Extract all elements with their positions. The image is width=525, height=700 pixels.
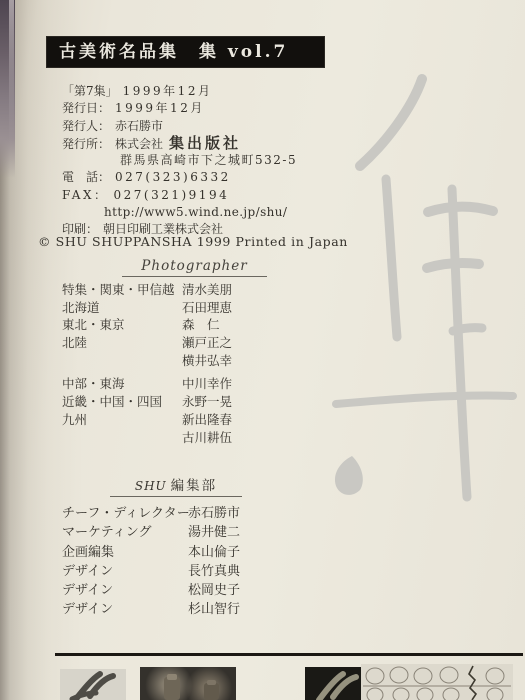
photographer-row: 古川耕伍 — [62, 428, 175, 446]
editorial-row: 企画編集本山倫子 — [62, 541, 190, 560]
telephone-line: 電 話：027(323)6332 — [62, 169, 297, 186]
photographer-name: 森 仁 — [182, 315, 220, 333]
copyright-line: © SHU SHUPPANSHA 1999 Printed in Japan — [38, 234, 348, 249]
photographer-row: 特集・関東・甲信越清水美朋 — [62, 280, 175, 298]
company-name: 集出版社 — [169, 134, 241, 152]
photographer-region: 近畿・中国・四国 — [62, 394, 162, 409]
vessels-icon — [140, 667, 236, 700]
photographer-name: 永野一晃 — [182, 392, 232, 410]
brush-mark-icon — [305, 667, 361, 700]
publishing-office-line: 発行所：株式会社集出版社 — [62, 135, 297, 152]
website-line: http://www5.wind.ne.jp/shu/ — [62, 204, 297, 221]
editorial-role: デザイン — [62, 602, 113, 617]
photographer-region: 北海道 — [62, 300, 100, 315]
photographer-name: 中川幸作 — [182, 374, 232, 392]
dark-vessels-photo-thumbnail — [140, 667, 236, 700]
brush-mark-light-thumbnail — [60, 669, 126, 700]
brush-mark-icon — [60, 669, 126, 700]
editorial-row: チーフ・ディレクター赤石勝市 — [62, 502, 190, 521]
photographer-name: 清水美朋 — [182, 280, 232, 298]
photographer-heading: Photographer — [122, 258, 267, 277]
sketch-icon — [361, 664, 513, 700]
editorial-name: 長竹真典 — [188, 560, 240, 579]
volume-title: 古美術名品集 集 vol.7 — [59, 42, 288, 62]
photographer-row: 東北・東京森 仁 — [62, 315, 175, 333]
photographer-name: 横井弘幸 — [182, 351, 232, 369]
fax-line: FAX：027(321)9194 — [62, 187, 297, 204]
address-line: 群馬県高崎市下之城町532-5 — [62, 152, 297, 169]
editorial-heading: SHU編集部 — [110, 474, 242, 497]
editorial-name: 赤石勝市 — [188, 502, 240, 521]
publisher-line: 発行人：赤石勝市 — [62, 118, 297, 135]
photographer-row: 近畿・中国・四国永野一晃 — [62, 392, 175, 410]
photographer-name: 古川耕伍 — [182, 428, 232, 446]
editorial-heading-text: 編集部 — [171, 478, 218, 494]
brush-mark-dark-thumbnail — [305, 667, 361, 700]
volume-title-banner: 古美術名品集 集 vol.7 — [47, 37, 324, 67]
editorial-name: 杉山智行 — [188, 598, 240, 617]
photographer-region: 特集・関東・甲信越 — [62, 282, 175, 297]
editorial-role: チーフ・ディレクター — [62, 506, 190, 521]
photographer-row: 九州新出隆春 — [62, 410, 175, 428]
editorial-row: デザイン松岡史子 — [62, 579, 190, 598]
previous-page-edge-highlight — [9, 0, 14, 150]
editorial-role: デザイン — [62, 564, 113, 579]
editorial-credits: チーフ・ディレクター赤石勝市 マーケティング湯井健二 企画編集本山倫子 デザイン… — [62, 502, 190, 618]
brush-dot — [335, 456, 363, 495]
issue-date-line: 発行日：1999年12月 — [62, 100, 297, 117]
editorial-name: 松岡史子 — [188, 579, 240, 598]
line-sketch-thumbnail — [361, 664, 513, 700]
editorial-heading-script: SHU — [135, 479, 167, 493]
photographer-name: 瀬戸正之 — [182, 333, 232, 351]
editorial-name: 本山倫子 — [188, 541, 240, 560]
photographer-credits: 特集・関東・甲信越清水美朋 北海道石田理恵 東北・東京森 仁 北陸瀬戸正之 横井… — [62, 280, 175, 445]
book-page-photo: 古美術名品集 集 vol.7 「第7集」1999年12月 発行日：1999年12… — [0, 0, 525, 700]
photographer-region: 九州 — [62, 412, 87, 427]
editorial-row: デザイン杉山智行 — [62, 598, 190, 617]
photographer-region: 北陸 — [62, 335, 87, 350]
photographer-name: 石田理恵 — [182, 298, 232, 316]
editorial-role: デザイン — [62, 583, 113, 598]
photographer-region: 中部・東海 — [62, 376, 125, 391]
photographer-name: 新出隆春 — [182, 410, 232, 428]
editorial-row: デザイン長竹真典 — [62, 560, 190, 579]
publication-info: 「第7集」1999年12月 発行日：1999年12月 発行人：赤石勝市 発行所：… — [62, 83, 297, 239]
footer-rule — [55, 653, 523, 656]
edition-line: 「第7集」1999年12月 — [62, 83, 297, 100]
editorial-role: 企画編集 — [62, 545, 114, 560]
photographer-region: 東北・東京 — [62, 317, 125, 332]
editorial-row: マーケティング湯井健二 — [62, 521, 190, 540]
photographer-row: 中部・東海中川幸作 — [62, 374, 175, 392]
editorial-name: 湯井健二 — [188, 521, 240, 540]
editorial-role: マーケティング — [62, 525, 151, 540]
photographer-row: 横井弘幸 — [62, 351, 175, 369]
photographer-row: 北海道石田理恵 — [62, 298, 175, 316]
photographer-row: 北陸瀬戸正之 — [62, 333, 175, 351]
